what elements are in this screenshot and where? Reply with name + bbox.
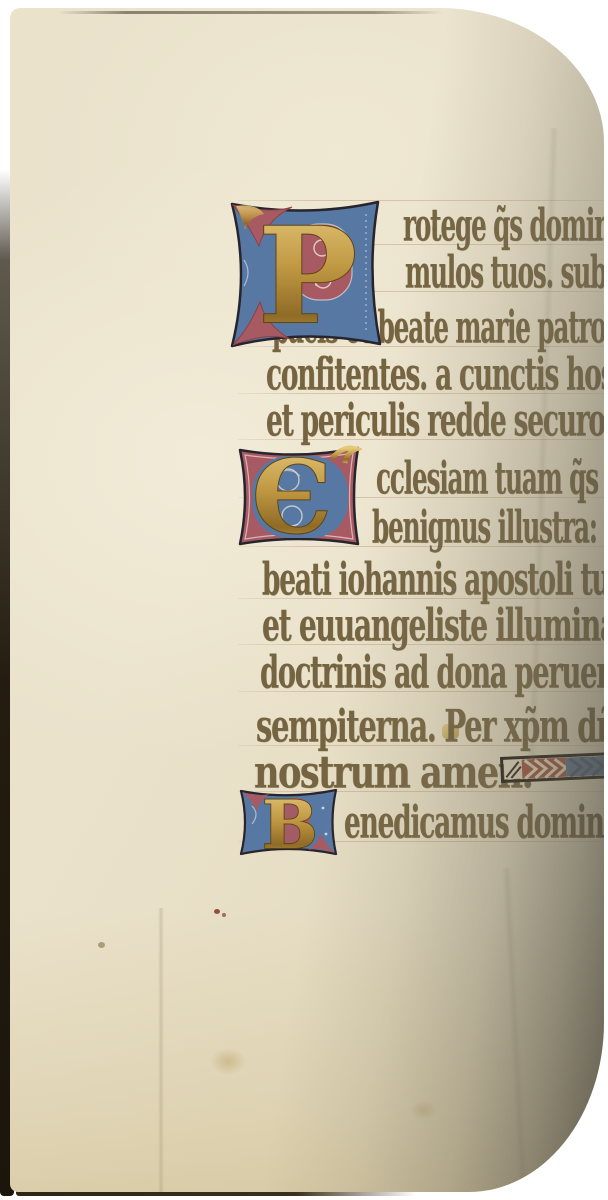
parchment-wrinkle	[502, 868, 529, 1188]
parchment-page: P Є	[10, 8, 604, 1192]
parchment-crease	[158, 908, 164, 1192]
text-line: sempiterna. Per xp̃m dñm	[256, 705, 604, 749]
text-line: mulos tuos. subsidiis	[405, 251, 604, 295]
text-line: confitentes. a cunctis hostib	[266, 353, 604, 397]
page-top-edge	[58, 11, 443, 14]
text-line: doctrinis ad dona peruenia	[260, 651, 604, 695]
parchment-stain	[98, 942, 105, 948]
svg-text:Є: Є	[252, 444, 332, 550]
svg-text:B: B	[262, 786, 318, 858]
text-line: cclesiam tuam q̃s dñe	[376, 457, 604, 501]
illuminated-initial-E: Є	[236, 444, 362, 550]
ink-spot	[222, 913, 226, 917]
text-line: enedicamus domino.	[344, 801, 604, 845]
illuminated-initial-B: B	[238, 786, 340, 858]
text-line: beati iohannis apostoli tui	[262, 558, 604, 602]
text-line: benignus illustra: ut	[372, 506, 604, 550]
manuscript-photo: P Є	[0, 0, 608, 1200]
text-line: et periculis redde securos.	[266, 399, 604, 443]
illuminated-initial-P: P	[228, 196, 382, 348]
text-line: rotege q̃s domine fa	[403, 204, 604, 248]
svg-text:P: P	[258, 199, 357, 348]
line-filler-ornament	[499, 747, 604, 788]
text-line: et euuangeliste illumina	[262, 604, 604, 648]
ink-spot	[214, 909, 220, 914]
parchment-stain	[210, 1048, 246, 1075]
parchment-stain	[410, 1100, 438, 1120]
